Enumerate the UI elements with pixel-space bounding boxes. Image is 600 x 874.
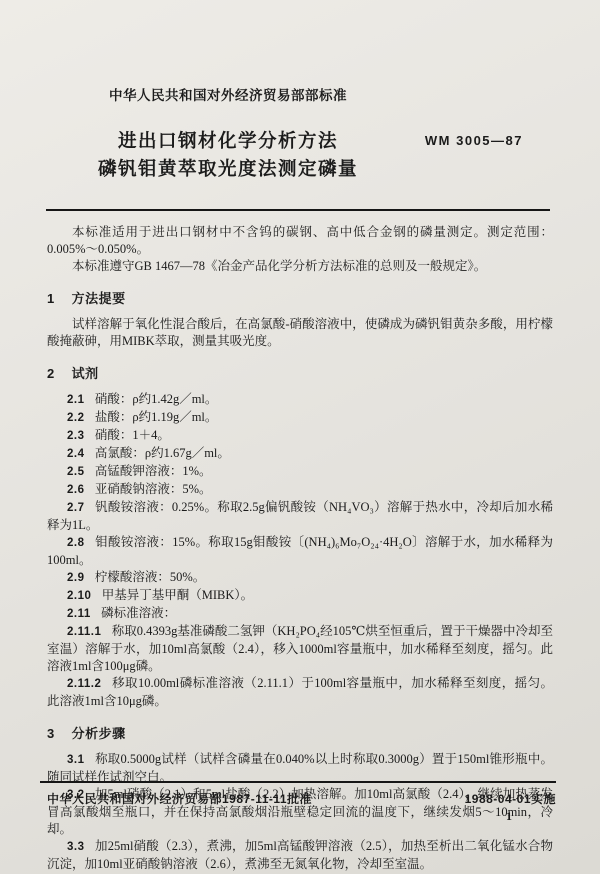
item-number: 2.3 bbox=[67, 430, 85, 442]
title-line-1: 进出口钢材化学分析方法 bbox=[47, 127, 409, 155]
item-number: 2.11.2 bbox=[67, 678, 101, 690]
document-title: 进出口钢材化学分析方法 磷钒钼黄萃取光度法测定磷量 bbox=[47, 127, 409, 183]
title-line-2: 磷钒钼黄萃取光度法测定磷量 bbox=[47, 155, 409, 183]
item-number: 2.7 bbox=[67, 502, 85, 514]
document-footer: 中华人民共和国对外经济贸易部1987-11-11批准 1988-04-01实施 bbox=[47, 790, 556, 807]
item-number: 2.2 bbox=[67, 412, 85, 424]
ministry-standard-line: 中华人民共和国对外经济贸易部部标准 bbox=[47, 84, 409, 104]
implementation-date: 1988-04-01实施 bbox=[465, 790, 556, 807]
item-number: 3.1 bbox=[67, 754, 85, 766]
item-text: 加25ml硝酸（2.3），煮沸，加5ml高锰酸钾溶液（2.5），加热至析出二氧化… bbox=[47, 839, 553, 871]
item-text: 钼酸铵溶液：15%。称取15g钼酸铵〔(NH₄)₆Mo₇O₂₄·4H₂O〕溶解于… bbox=[47, 535, 553, 567]
item-number: 2.6 bbox=[67, 484, 85, 496]
reagent-item-2-10: 2.10甲基异丁基甲酮（MIBK）。 bbox=[47, 587, 553, 605]
reagent-item-2-5: 2.5高锰酸钾溶液：1%。 bbox=[47, 463, 553, 481]
section-3-heading: 3分析步骤 bbox=[47, 723, 553, 742]
section-3-title: 分析步骤 bbox=[72, 726, 126, 741]
item-number: 2.5 bbox=[67, 466, 85, 478]
procedure-item-3-3: 3.3加25ml硝酸（2.3），煮沸，加5ml高锰酸钾溶液（2.5），加热至析出… bbox=[47, 838, 553, 873]
reagent-item-2-8: 2.8钼酸铵溶液：15%。称取15g钼酸铵〔(NH₄)₆Mo₇O₂₄·4H₂O〕… bbox=[47, 534, 553, 569]
section-1-number: 1 bbox=[47, 291, 55, 306]
compliance-paragraph: 本标准遵守GB 1467—78《冶金产品化学分析方法标准的总则及一般规定》。 bbox=[47, 258, 553, 275]
top-divider bbox=[46, 209, 550, 211]
reagent-item-2-1: 2.1硝酸：ρ约1.42g／ml。 bbox=[47, 391, 553, 409]
item-text: 甲基异丁基甲酮（MIBK）。 bbox=[102, 588, 253, 602]
item-text: 硝酸：1＋4。 bbox=[95, 428, 170, 442]
item-text: 称取0.4393g基准磷酸二氢钾（KH₂PO₄经105℃烘至恒重后，置于干燥器中… bbox=[47, 624, 553, 673]
section-2-title: 试剂 bbox=[72, 366, 99, 381]
page-number: 1 bbox=[506, 809, 512, 824]
section-1-title: 方法提要 bbox=[72, 291, 126, 306]
item-text: 称取0.5000g试样（试样含磷量在0.040%以上时称取0.3000g）置于1… bbox=[47, 752, 553, 784]
item-text: 移取10.00ml磷标准溶液（2.11.1）于100ml容量瓶中，加水稀释至刻度… bbox=[47, 676, 553, 708]
scope-paragraph: 本标准适用于进出口钢材中不含钨的碳钢、高中低合金钢的磷量测定。测定范围：0.00… bbox=[47, 224, 553, 258]
item-number: 3.3 bbox=[67, 841, 85, 853]
reagent-item-2-11-2: 2.11.2移取10.00ml磷标准溶液（2.11.1）于100ml容量瓶中，加… bbox=[47, 675, 553, 710]
item-text: 高氯酸：ρ约1.67g／ml。 bbox=[95, 446, 230, 460]
item-text: 亚硝酸钠溶液：5%。 bbox=[95, 482, 212, 496]
reagent-item-2-9: 2.9柠檬酸溶液：50%。 bbox=[47, 569, 553, 587]
item-number: 2.11 bbox=[67, 608, 91, 620]
reagent-item-2-11-1: 2.11.1称取0.4393g基准磷酸二氢钾（KH₂PO₄经105℃烘至恒重后，… bbox=[47, 623, 553, 675]
item-number: 2.11.1 bbox=[67, 626, 101, 638]
item-number: 2.1 bbox=[67, 394, 85, 406]
item-text: 高锰酸钾溶液：1%。 bbox=[95, 464, 212, 478]
item-text: 柠檬酸溶液：50%。 bbox=[95, 570, 205, 584]
reagent-item-2-11: 2.11磷标准溶液： bbox=[47, 605, 553, 623]
item-number: 2.8 bbox=[67, 537, 85, 549]
section-1-paragraph: 试样溶解于氧化性混合酸后，在高氯酸-硝酸溶液中，使磷成为磷钒钼黄杂多酸，用柠檬酸… bbox=[47, 316, 553, 350]
section-2-number: 2 bbox=[47, 366, 55, 381]
reagent-item-2-7: 2.7钒酸铵溶液：0.25%。称取2.5g偏钒酸铵（NH₄VO₃）溶解于热水中，… bbox=[47, 499, 553, 534]
approval-line: 中华人民共和国对外经济贸易部1987-11-11批准 bbox=[47, 790, 312, 807]
item-number: 2.9 bbox=[67, 572, 85, 584]
bottom-divider bbox=[40, 781, 556, 783]
item-number: 2.4 bbox=[67, 448, 85, 460]
reagent-item-2-2: 2.2盐酸：ρ约1.19g／ml。 bbox=[47, 409, 553, 427]
section-1-heading: 1方法提要 bbox=[47, 288, 553, 307]
item-text: 硝酸：ρ约1.42g／ml。 bbox=[95, 392, 218, 406]
item-text: 磷标准溶液： bbox=[101, 606, 176, 620]
item-number: 2.10 bbox=[67, 590, 91, 602]
scanned-standard-document: { "header": { "ministry_line": "中华人民共和国对… bbox=[0, 0, 600, 874]
section-3-number: 3 bbox=[47, 726, 55, 741]
reagent-item-2-3: 2.3硝酸：1＋4。 bbox=[47, 427, 553, 445]
document-body: 中华人民共和国对外经济贸易部部标准 进出口钢材化学分析方法 磷钒钼黄萃取光度法测… bbox=[47, 84, 553, 873]
reagent-item-2-6: 2.6亚硝酸钠溶液：5%。 bbox=[47, 481, 553, 499]
reagent-item-2-4: 2.4高氯酸：ρ约1.67g／ml。 bbox=[47, 445, 553, 463]
item-text: 盐酸：ρ约1.19g／ml。 bbox=[95, 410, 218, 424]
item-text: 钒酸铵溶液：0.25%。称取2.5g偏钒酸铵（NH₄VO₃）溶解于热水中，冷却后… bbox=[47, 500, 553, 532]
standard-number: WM 3005—87 bbox=[425, 133, 523, 148]
section-2-heading: 2试剂 bbox=[47, 363, 553, 382]
